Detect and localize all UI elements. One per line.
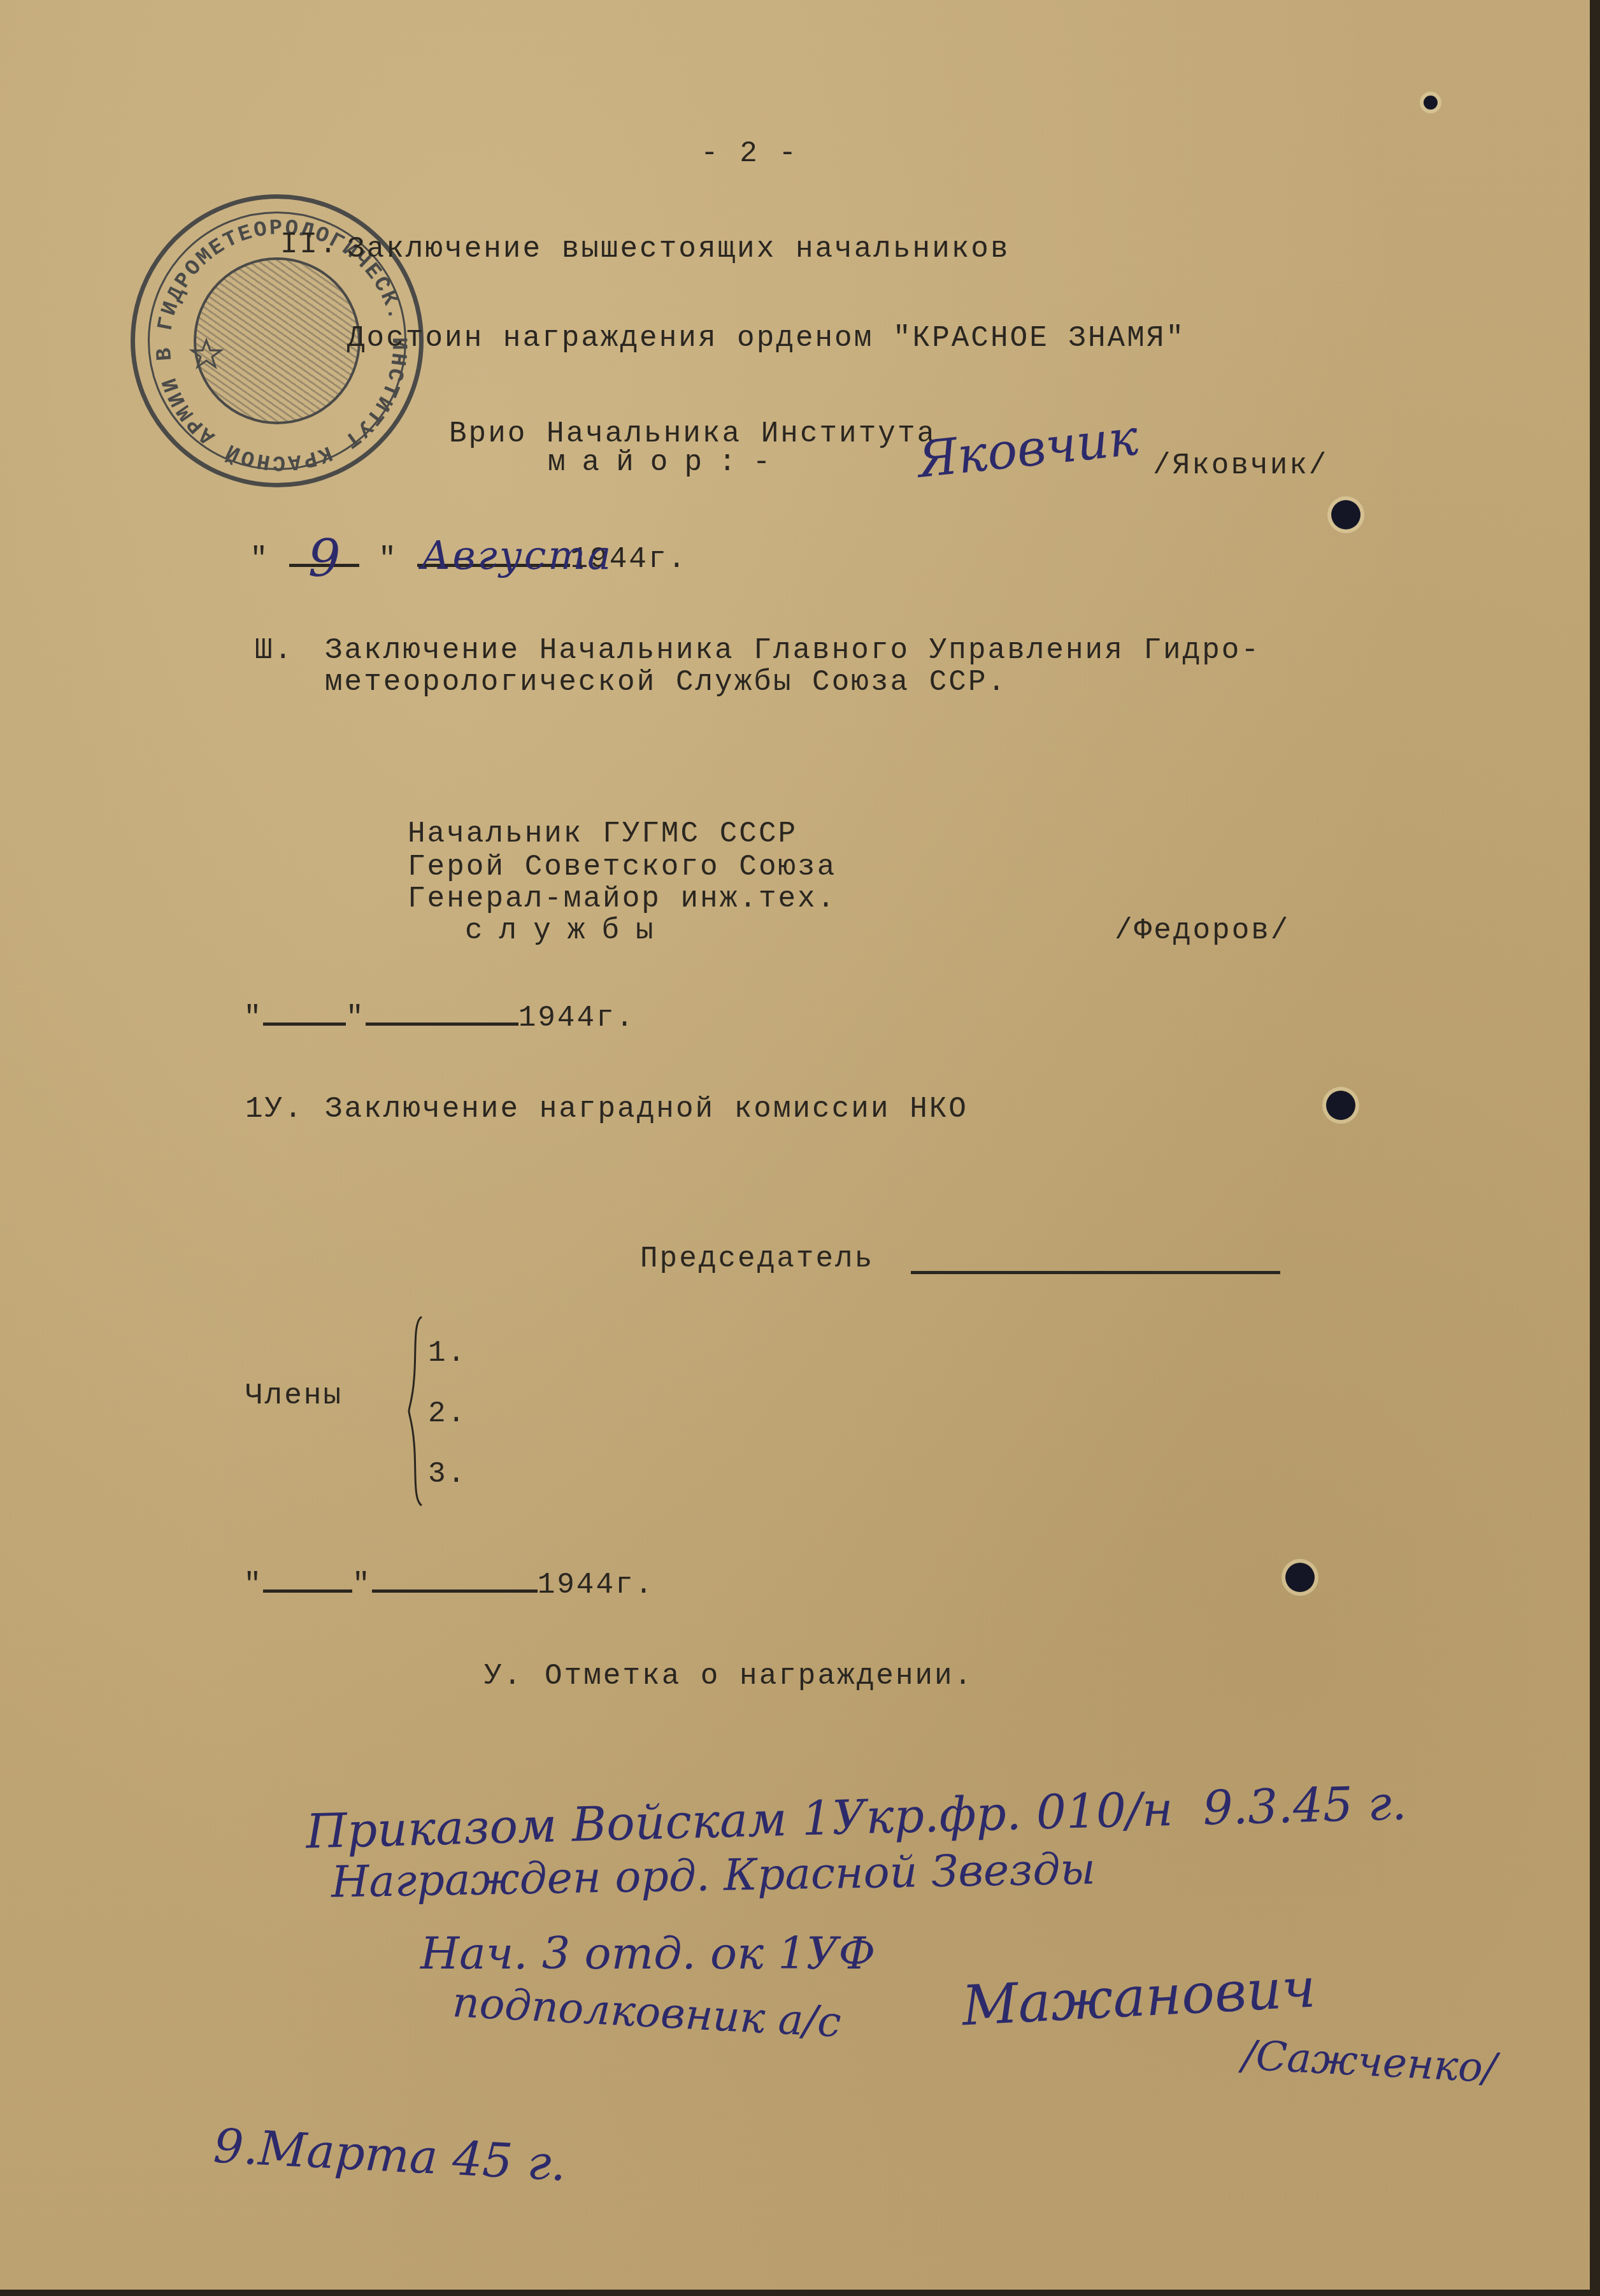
member-2: 2. [428,1397,467,1430]
punch-hole-top [1424,96,1438,110]
section3-signer-position: Начальник ГУГМС СССР [408,817,797,850]
section5-numeral: У. [484,1660,523,1693]
section4-date-month-blank[interactable] [372,1589,538,1593]
section2-signer-rank: майор:- [548,446,787,479]
section2-date-day: 9 [289,564,359,567]
punch-hole-3 [1285,1563,1315,1592]
document-page: - 2 - ГИДРОМЕТЕОРОЛОГИЧЕСК. ИНСТИТУТ КРА… [0,0,1600,2290]
section4-numeral: 1У. [245,1093,304,1126]
members-brace [408,1316,427,1507]
award-order-line: Приказом Войскам 1Укр.фр. 010/н 9.3.45 г… [305,1776,1407,1859]
award-officer-signature: Мажанович [961,1956,1317,2039]
section2-signer-name: /Яковчик/ [1153,449,1328,482]
page-number: - 2 - [701,137,798,170]
punch-hole-2 [1326,1091,1355,1120]
section2-conclusion: Достоин награждения орденом "КРАСНОЕ ЗНА… [347,322,1185,355]
chairman-signature-blank[interactable] [911,1271,1280,1274]
scan-edge [0,2290,1600,2296]
members-label: Члены [245,1379,343,1412]
section2-date: " 9 " Августа1944г. [172,510,687,609]
award-date: 9.Марта 45 г. [212,2119,568,2192]
section3-signer-title: Герой Советского Союза [408,850,836,884]
section4-title: Заключение наградной комиссии НКО [325,1093,968,1126]
chairman-label: Председатель [640,1242,874,1275]
section3-numeral: Ш. [255,634,294,667]
section4-date-day-blank[interactable] [263,1589,352,1593]
section3-signer-name: /Федоров/ [1115,914,1290,947]
section3-date-month-blank[interactable] [366,1022,518,1026]
section3-date: ""1944г. [166,968,635,1068]
award-officer-name: /Сажченко/ [1241,2032,1497,2093]
section2-title: Заключение вышестоящих начальников [347,233,1010,266]
section3-signer-rank: Генерал-майор инж.тех. [408,882,836,915]
section2-date-month: Августа [417,564,570,567]
award-officer-rank: подполковник а/с [451,1977,842,2047]
award-officer-position: Нач. 3 отд. ок 1УФ [420,1927,875,1979]
section5-title: Отметка о награждении. [545,1660,973,1693]
section3-title-line2: метеорологической Службы Союза ССР. [325,666,1007,699]
section4-date: ""1944г. [166,1535,654,1635]
member-1: 1. [428,1337,467,1370]
section2-numeral: II. [280,228,339,261]
star-icon [192,340,221,367]
punch-hole-1 [1331,500,1361,529]
section3-signer-service: службы [465,914,670,947]
section3-date-day-blank[interactable] [263,1022,346,1026]
section3-title-line1: Заключение Начальника Главного Управлени… [325,634,1261,667]
section2-signature: Яковчик [915,409,1141,489]
member-3: 3. [428,1458,467,1491]
